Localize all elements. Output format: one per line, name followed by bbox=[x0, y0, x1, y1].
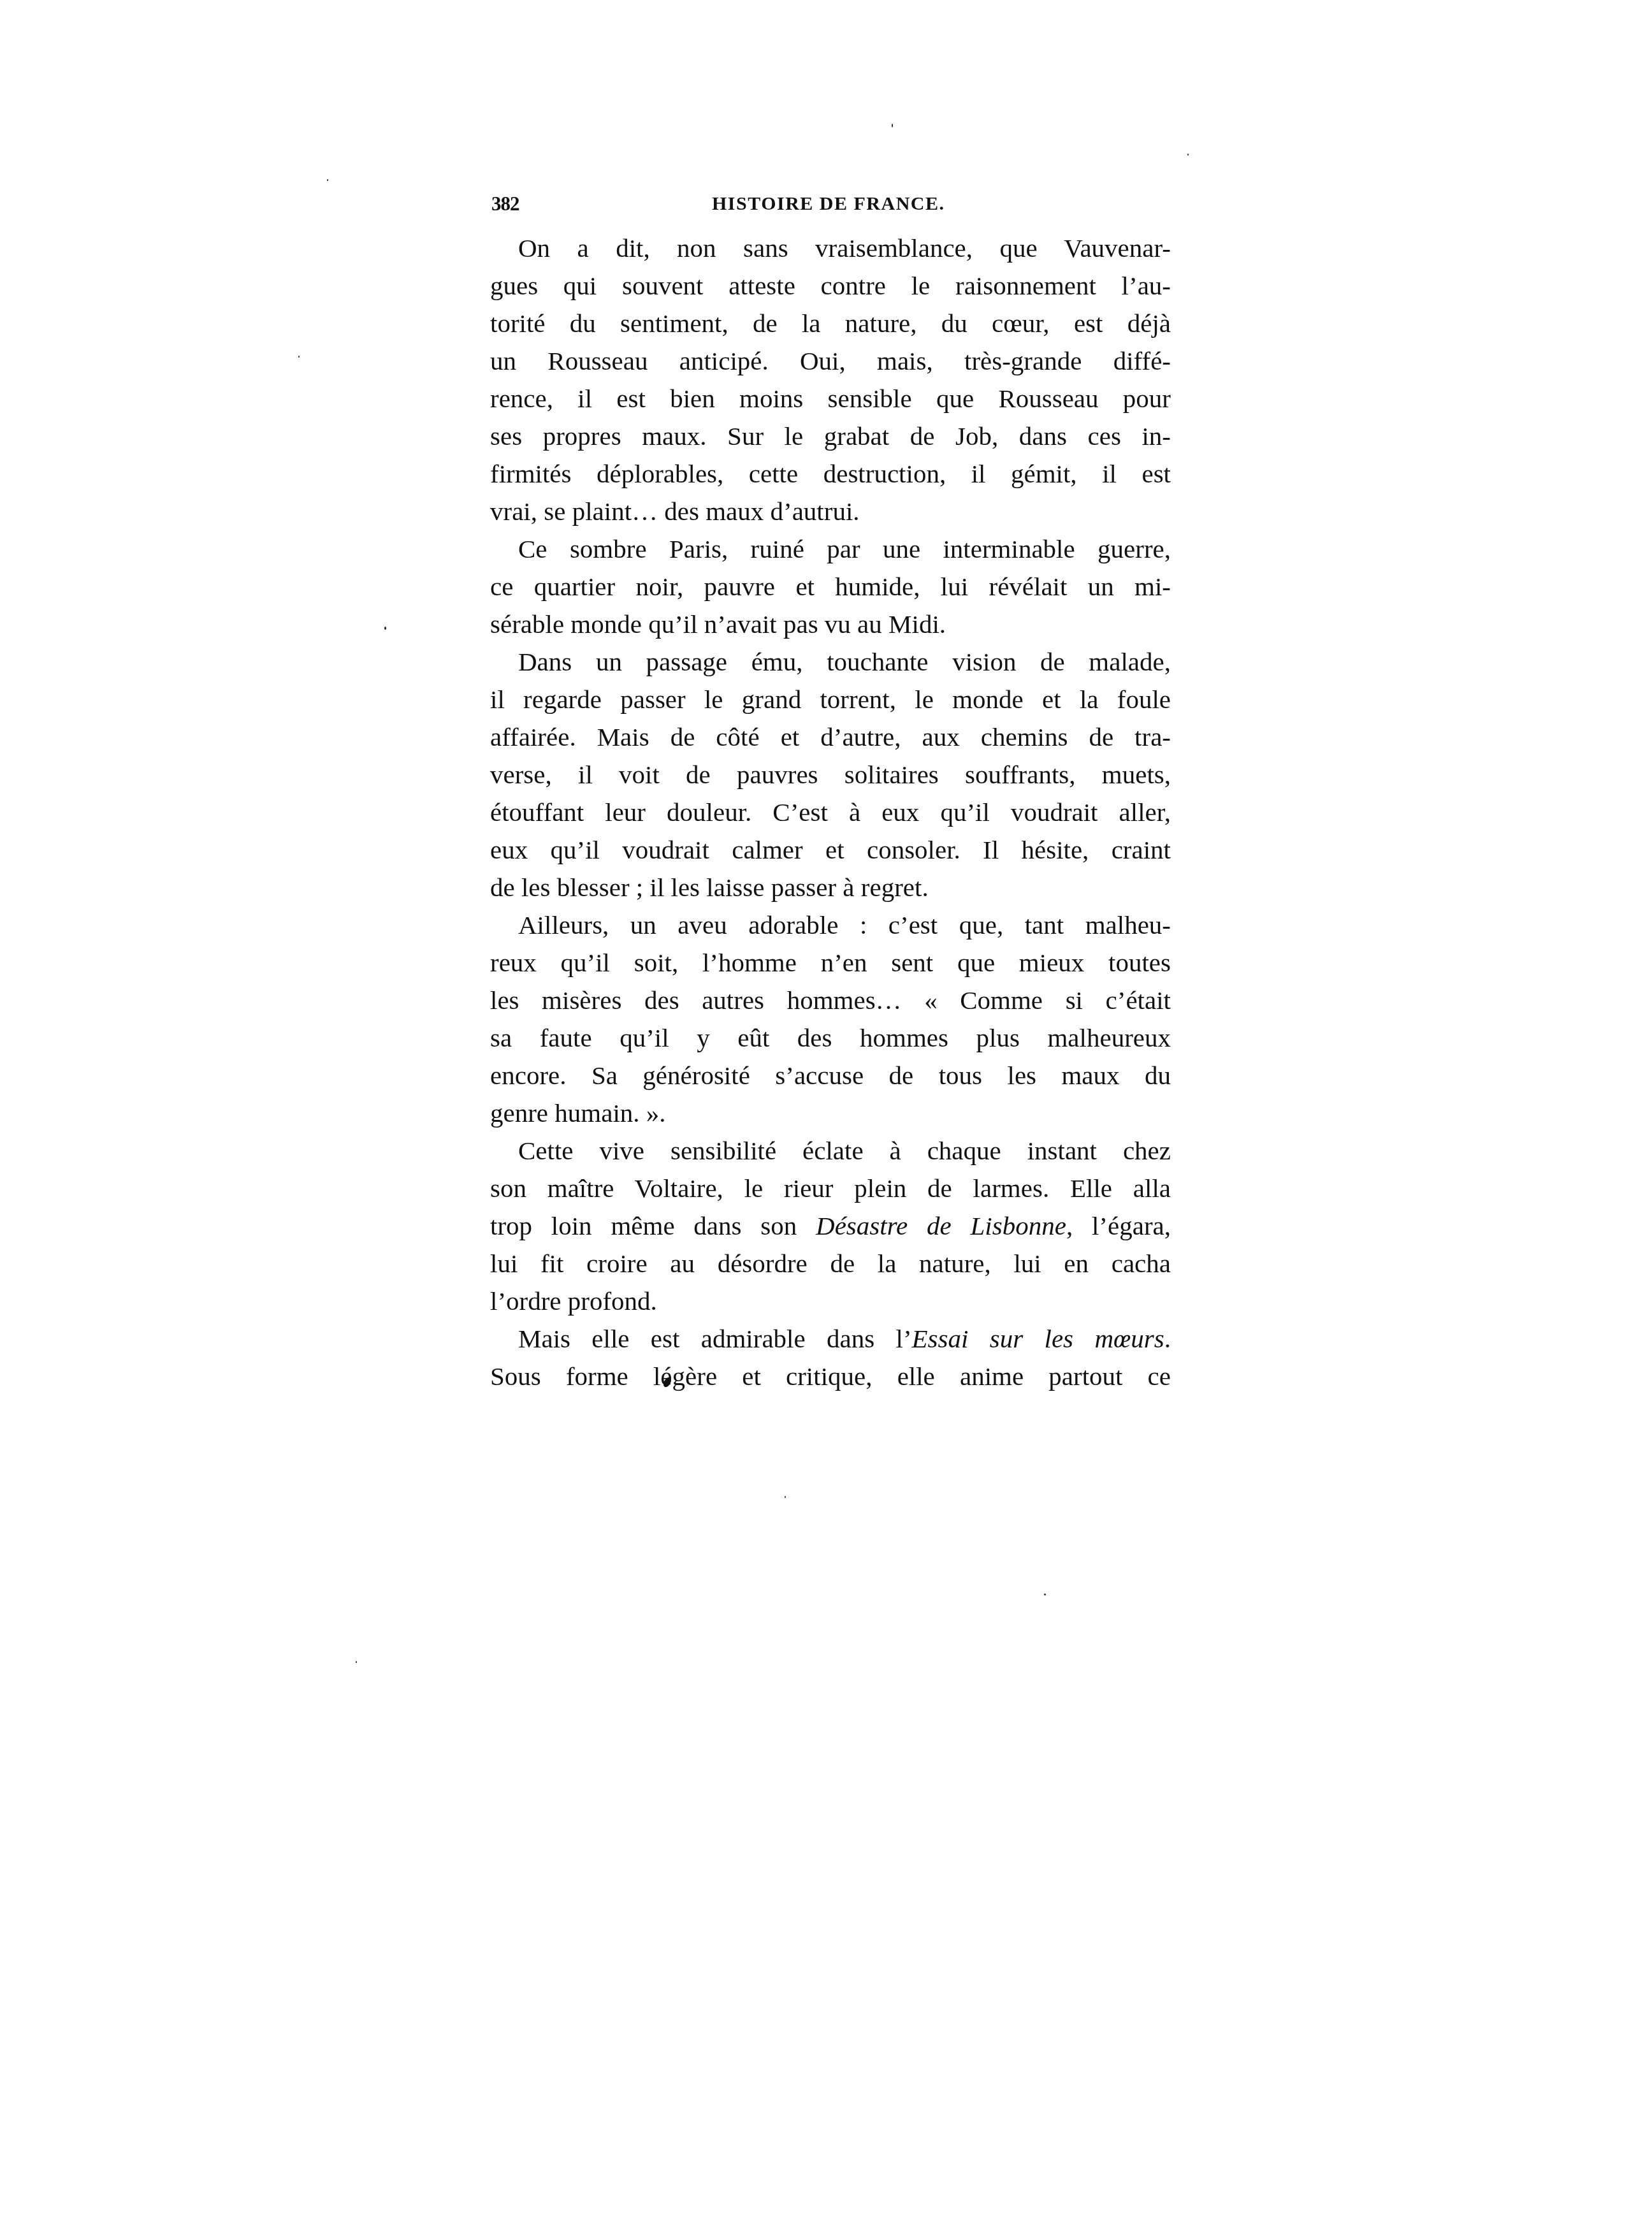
text-line: reux qu’il soit, l’homme n’en sent que m… bbox=[490, 944, 1171, 982]
text-line: les misères des autres hommes… « Comme s… bbox=[490, 982, 1171, 1019]
text-line: vrai, se plaint… des maux d’autrui. bbox=[490, 493, 1171, 530]
text-line: trop loin même dans son Désastre de Lisb… bbox=[490, 1207, 1171, 1245]
book-title-italic: Essai sur les mœurs bbox=[912, 1324, 1164, 1353]
text-line: genre humain. ». bbox=[490, 1094, 1171, 1132]
text-run: , l’égara, bbox=[1066, 1211, 1171, 1240]
paragraph-5: Cette vive sensibilité éclate à chaque i… bbox=[490, 1132, 1171, 1320]
scan-speck bbox=[1044, 1594, 1046, 1595]
text-line: son maître Voltaire, le rieur plein de l… bbox=[490, 1170, 1171, 1207]
paragraph-3: Dans un passage ému, touchante vision de… bbox=[490, 643, 1171, 906]
scan-speck bbox=[356, 1661, 357, 1663]
text-line: Ailleurs, un aveu adorable : c’est que, … bbox=[490, 906, 1171, 944]
text-line: Cette vive sensibilité éclate à chaque i… bbox=[490, 1132, 1171, 1170]
text-line: de les blesser ; il les laisse passer à … bbox=[490, 869, 1171, 906]
page-number: 382 bbox=[491, 191, 519, 217]
text-line: ce quartier noir, pauvre et humide, lui … bbox=[490, 568, 1171, 606]
text-line: il regarde passer le grand torrent, le m… bbox=[490, 681, 1171, 718]
text-line: firmités déplorables, cette destruction,… bbox=[490, 455, 1171, 493]
scan-speck bbox=[785, 1496, 786, 1498]
paragraph-6: Mais elle est admirable dans l’Essai sur… bbox=[490, 1320, 1171, 1395]
text-line: rence, il est bien moins sensible que Ro… bbox=[490, 380, 1171, 417]
body-text: On a dit, non sans vraisemblance, que Va… bbox=[490, 229, 1171, 1395]
book-title-italic: Désastre de Lisbonne bbox=[816, 1211, 1066, 1240]
text-line: torité du sentiment, de la nature, du cœ… bbox=[490, 305, 1171, 342]
scan-speck bbox=[892, 124, 893, 127]
running-head: 382 HISTOIRE DE FRANCE. bbox=[490, 191, 1171, 217]
text-line: affairée. Mais de côté et d’autre, aux c… bbox=[490, 718, 1171, 756]
running-title: HISTOIRE DE FRANCE. bbox=[712, 191, 967, 217]
text-line: un Rousseau anticipé. Oui, mais, très-gr… bbox=[490, 342, 1171, 380]
text-line: encore. Sa générosité s’accuse de tous l… bbox=[490, 1057, 1171, 1094]
text-run: . bbox=[1164, 1324, 1171, 1353]
text-run: Mais elle est admirable dans l’ bbox=[518, 1324, 912, 1353]
text-line: sérable monde qu’il n’avait pas vu au Mi… bbox=[490, 606, 1171, 643]
text-line: étouffant leur douleur. C’est à eux qu’i… bbox=[490, 794, 1171, 831]
text-line: Sous forme légère et critique, elle anim… bbox=[490, 1358, 1171, 1395]
paragraph-4: Ailleurs, un aveu adorable : c’est que, … bbox=[490, 906, 1171, 1132]
book-page: 382 HISTOIRE DE FRANCE. On a dit, non sa… bbox=[0, 0, 1652, 2236]
paragraph-2: Ce sombre Paris, ruiné par une intermina… bbox=[490, 530, 1171, 643]
text-line: Mais elle est admirable dans l’Essai sur… bbox=[490, 1320, 1171, 1358]
scan-speck bbox=[384, 627, 386, 630]
scan-speck bbox=[298, 356, 300, 358]
scan-speck bbox=[327, 179, 328, 181]
text-line: On a dit, non sans vraisemblance, que Va… bbox=[490, 229, 1171, 267]
scan-speck bbox=[1187, 154, 1189, 156]
text-line: gues qui souvent atteste contre le raiso… bbox=[490, 267, 1171, 305]
text-line: ses propres maux. Sur le grabat de Job, … bbox=[490, 417, 1171, 455]
text-line: Ce sombre Paris, ruiné par une intermina… bbox=[490, 530, 1171, 568]
text-line: lui fit croire au désordre de la nature,… bbox=[490, 1245, 1171, 1282]
text-line: eux qu’il voudrait calmer et consoler. I… bbox=[490, 831, 1171, 869]
text-run: trop loin même dans son bbox=[490, 1211, 816, 1240]
text-line: sa faute qu’il y eût des hommes plus mal… bbox=[490, 1019, 1171, 1057]
text-line: verse, il voit de pauvres solitaires sou… bbox=[490, 756, 1171, 794]
text-line: l’ordre profond. bbox=[490, 1282, 1171, 1320]
text-line: Dans un passage ému, touchante vision de… bbox=[490, 643, 1171, 681]
paragraph-1: On a dit, non sans vraisemblance, que Va… bbox=[490, 229, 1171, 530]
